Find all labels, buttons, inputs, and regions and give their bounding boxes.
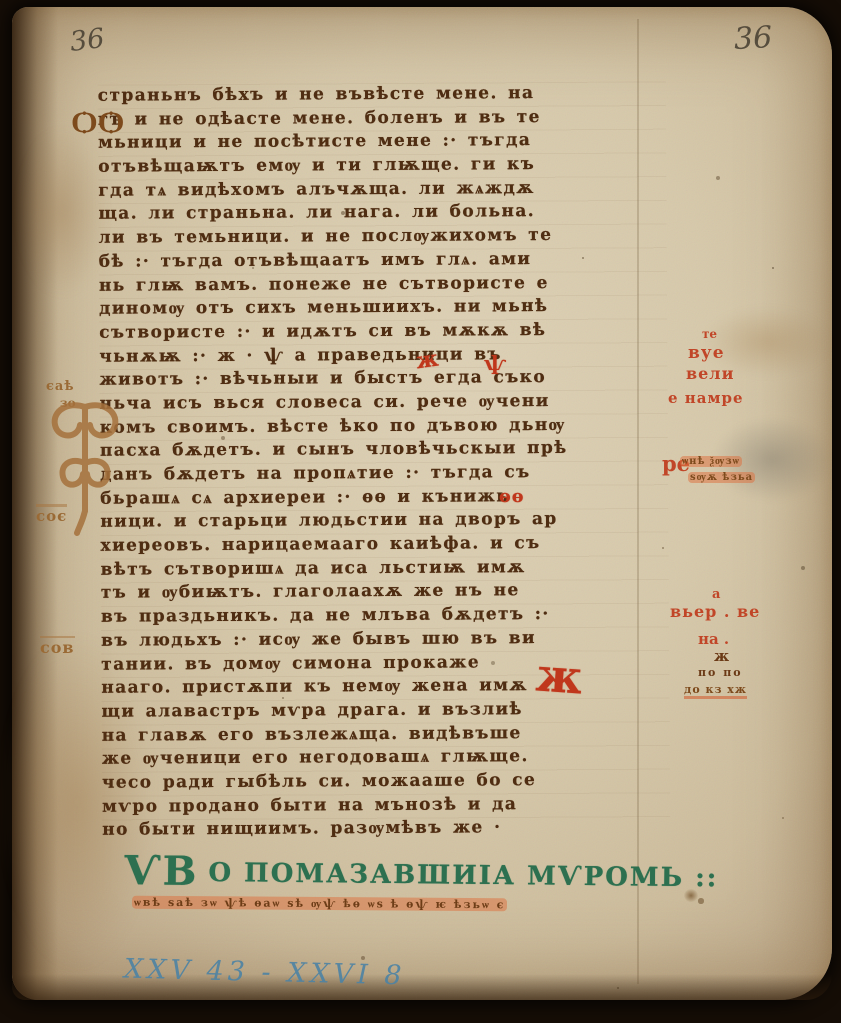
- folio-number-pencil-left: 36: [68, 23, 106, 58]
- manuscript-line: животъ :· вѣчьныи и быстъ егда съко: [99, 366, 667, 393]
- colophon-green-initial: ѴВ: [124, 847, 199, 895]
- manuscript-line: мѵро продано быти на мънозѣ и да: [102, 792, 670, 819]
- manuscript-line: но быти нищиимъ. разѹмѣвъ же ·: [102, 816, 670, 843]
- manuscript-line: бьрашѧ сѧ архиереи :· ѳѳ и кънижь: [100, 484, 668, 511]
- right-rubric-3-gloss: до кз хж: [684, 683, 747, 696]
- inline-red-accent-3: ѳѳ: [499, 486, 524, 507]
- manuscript-line: тании. въ домѹ симона прокаже: [101, 650, 669, 677]
- right-rubric-1-line3: вели: [686, 364, 734, 383]
- folio-number-pencil-right: 36: [733, 20, 773, 57]
- manuscript-line: вѣтъ сътворишѧ да иса льстиѭ имѫ: [101, 555, 669, 582]
- colophon-green-heading: ѴВО ПОМАЗАВШИІА МѴРОМЬ ::: [124, 847, 664, 900]
- manuscript-line: чесо ради гыбѣль си. можааше бо се: [102, 768, 670, 795]
- right-rubric-2-gloss-b: ѕѹѫ ѣзьа: [688, 472, 755, 483]
- manuscript-line: мьници и не посѣтисте мене :· тъгда: [98, 129, 666, 156]
- manuscript-line: въ людьхъ :· исѹ же бывъ шю въ ви: [101, 626, 669, 653]
- manuscript-line: бѣ :· тъгда отъвѣщаатъ имъ глѧ. ами: [99, 247, 667, 274]
- right-rubric-1-line4: е намре: [668, 389, 744, 407]
- inline-red-accent-1: ж: [414, 346, 440, 375]
- big-red-initial: ж: [534, 647, 584, 704]
- right-rubric-2-gloss-a: ѡнѣ ѯѹзѡ: [680, 456, 742, 467]
- photo-background: 36 36 страньнъ бѣхъ и не въвѣсте мене. н…: [0, 0, 841, 1023]
- manuscript-line: страньнъ бѣхъ и не въвѣсте мене. на: [98, 81, 666, 108]
- right-rubric-3-brown-glyph: ж: [714, 647, 729, 665]
- colophon-gloss-line: ѡвѣ ѕаѣ зѡ ѱѣ ѳаѡ ѕѣ ѹѱ ѣѳ ѡѕ ѣ ѳѱ ѥ ѣзь…: [132, 896, 507, 912]
- manuscript-line: сътвористе :· и идѫтъ си въ мѫкѫ вѣ: [99, 318, 667, 345]
- manuscript-line: ли въ темьници. и не послѹжихомъ те: [99, 223, 667, 250]
- manuscript-line: ньча исъ вься словеса си. рече ѹчени: [100, 389, 668, 416]
- left-section-number-lower: сов: [40, 636, 75, 657]
- right-rubric-1-line2: вуе: [688, 343, 725, 363]
- right-rubric-3-brown-line: по по: [698, 666, 743, 679]
- manuscript-line: нь глѭ вамъ. понеже не сътвористе е: [99, 271, 667, 298]
- manuscript-line: пасха бѫдетъ. и сынъ чловѣчьскыи прѣ: [100, 437, 668, 464]
- manuscript-page: 36 36 страньнъ бѣхъ и не въвѣсте мене. н…: [12, 7, 832, 1000]
- manuscript-line: нааго. пристѫпи къ немѹ жена имѫ: [101, 673, 669, 700]
- manuscript-line: въ праздьникъ. да не млъва бѫдетъ :·: [101, 602, 669, 629]
- manuscript-line: чьнѫѭ :· ж · ѱ а праведьници въ: [99, 342, 667, 369]
- colophon-green-text: О ПОМАЗАВШИІА МѴРОМЬ ::: [208, 858, 718, 893]
- manuscript-line: комъ своимъ. вѣсте ѣко по дъвою дьнѹ: [100, 413, 668, 440]
- right-rubric-3-line3: на .: [698, 630, 729, 648]
- right-rubric-3-letter: а: [712, 587, 720, 602]
- right-rubric-3-line2: вьер . ве: [670, 602, 760, 621]
- manuscript-line: гда тѧ видѣхомъ алъчѫща. ли жѧждѫ: [98, 176, 666, 203]
- manuscript-line: ща. ли страньна. ли нага. ли больна.: [98, 200, 666, 227]
- manuscript-line: хиереовъ. нарицаемааго каиѣфа. и съ: [100, 531, 668, 558]
- inline-red-accent-2: ѱ: [484, 351, 506, 375]
- manuscript-line: тъ и ѹбиѭтъ. глаголаахѫ же нъ не: [101, 579, 669, 606]
- left-margin-gloss-1: єаѣ: [46, 379, 74, 394]
- manuscript-line: диномѹ отъ сихъ меньшиихъ. ни мьнѣ: [99, 294, 667, 321]
- left-section-number-upper: соє: [36, 507, 67, 525]
- manuscript-text-block: страньнъ бѣхъ и не въвѣсте мене. нагъ и …: [98, 81, 671, 842]
- manuscript-line: щи алавастръ мѵра драга. и възлиѣ: [101, 697, 669, 724]
- manuscript-line: на главѫ его възлежѧща. видѣвъше: [102, 721, 670, 748]
- manuscript-line: гъ и не одѣасте мене. боленъ и въ те: [98, 105, 666, 132]
- marginal-double-o-initial: ѺѺ: [72, 105, 125, 140]
- manuscript-line: ници. и старьци людьстии на дворъ ар: [100, 508, 668, 535]
- manuscript-line: данъ бѫдетъ на пропѧтие :· тъгда съ: [100, 460, 668, 487]
- manuscript-line: же ѹченици его негодовашѧ глѭще.: [102, 745, 670, 772]
- manuscript-line: отъвѣщаѭтъ емѹ и ти глѭще. ги къ: [98, 152, 666, 179]
- right-rubric-1-line1: те: [702, 327, 717, 341]
